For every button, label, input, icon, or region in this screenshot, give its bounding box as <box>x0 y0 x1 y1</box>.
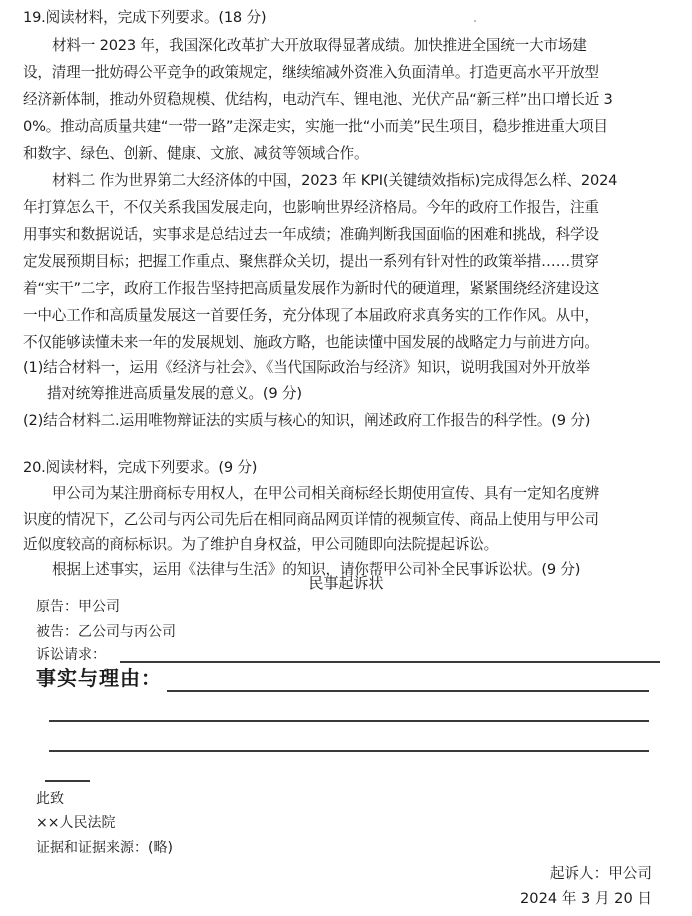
plaintiff-field: 原告：甲公司 <box>36 597 120 617</box>
closing-salutation: 此致 <box>36 789 64 809</box>
facts-label: 事实与理由： <box>36 668 162 688</box>
q20-material-line: 识度的情况下，乙公司与丙公司先后在相同商品网页详情的视频宣传、商品上使用与甲公司 <box>23 510 673 530</box>
q19-material2-line: 一中心工作和高质量发展这一首要任务，充分体现了本届政府求真务实的工作作风。从中， <box>23 306 673 326</box>
q20-material-line: 近似度较高的商标标识。为了维护自身权益，甲公司随即向法院提起诉讼。 <box>23 535 673 555</box>
q20-heading: 20.阅读材料，完成下列要求。(9 分) <box>23 458 673 478</box>
facts-answer-line-short[interactable] <box>45 780 90 782</box>
q19-subquestion-1-cont: 措对统筹推进高质量发展的意义。(9 分) <box>47 384 692 404</box>
q19-material1-line: 材料一 2023 年，我国深化改革扩大开放取得显著成绩。加快推进全国统一大市场建 <box>52 36 692 56</box>
q19-material2-line: 年打算怎么干，不仅关系我国发展走向，也影响世界经济格局。今年的政府工作报告，注重 <box>23 198 673 218</box>
facts-answer-line[interactable] <box>167 690 649 692</box>
facts-answer-line[interactable] <box>49 750 649 752</box>
filing-date: 2024 年 3 月 20 日 <box>520 887 652 908</box>
q19-subquestion-1: (1)结合材料一，运用《经济与社会》、《当代国际政治与经济》知识，说明我国对外开… <box>23 358 673 378</box>
q19-material2-line: 定发展预期目标；把握工作重点、聚焦群众关切，提出一系列有针对性的政策举措……贯穿 <box>23 252 673 272</box>
q19-material1-line: 经济新体制，推动外贸稳规模、优结构，电动汽车、锂电池、光伏产品“新三样”出口增长… <box>23 90 673 110</box>
complaint-title: 民事起诉状 <box>0 572 692 593</box>
q19-material1-line: 设，清理一批妨碍公平竞争的政策规定，继续缩减外资准入负面清单。打造更高水平开放型 <box>23 63 673 83</box>
court-name: ××人民法院 <box>36 813 115 833</box>
q19-heading: 19.阅读材料，完成下列要求。(18 分) <box>23 8 673 28</box>
q19-material1-line: 0%。推动高质量共建“一带一路”走深走实，实施一批“小而美”民生项目，稳步推进重… <box>23 117 673 137</box>
q19-material2-line: 材料二 作为世界第二大经济体的中国，2023 年 KPI(关键绩效指标)完成得怎… <box>52 171 692 191</box>
q19-subquestion-2: (2)结合材料二.运用唯物辩证法的实质与核心的知识，阐述政府工作报告的科学性。(… <box>23 411 673 431</box>
evidence-note: 证据和证据来源：(略) <box>36 838 173 858</box>
claims-label: 诉讼请求： <box>36 645 106 665</box>
signer: 起诉人：甲公司 <box>550 862 652 883</box>
q19-material2-line: 用事实和数据说话，实事求是总结过去一年成绩；准确判断我国面临的困难和挑战，科学设 <box>23 225 673 245</box>
q20-material-line: 甲公司为某注册商标专用权人，在甲公司相关商标经长期使用宣传、具有一定知名度辨 <box>52 484 692 504</box>
q19-material2-line: 不仅能够读懂未来一年的发展规划、施政方略，也能读懂中国发展的战略定力与前进方向。 <box>23 333 673 353</box>
q19-material2-line: 着“实干”二字，政府工作报告坚持把高质量发展作为新时代的硬道理，紧紧围绕经济建设… <box>23 279 673 299</box>
defendant-field: 被告：乙公司与丙公司 <box>36 622 176 642</box>
claims-answer-line[interactable] <box>120 661 660 663</box>
q19-material1-line: 和数字、绿色、创新、健康、文旅、减贫等领域合作。 <box>23 144 673 164</box>
facts-answer-line[interactable] <box>49 720 649 722</box>
